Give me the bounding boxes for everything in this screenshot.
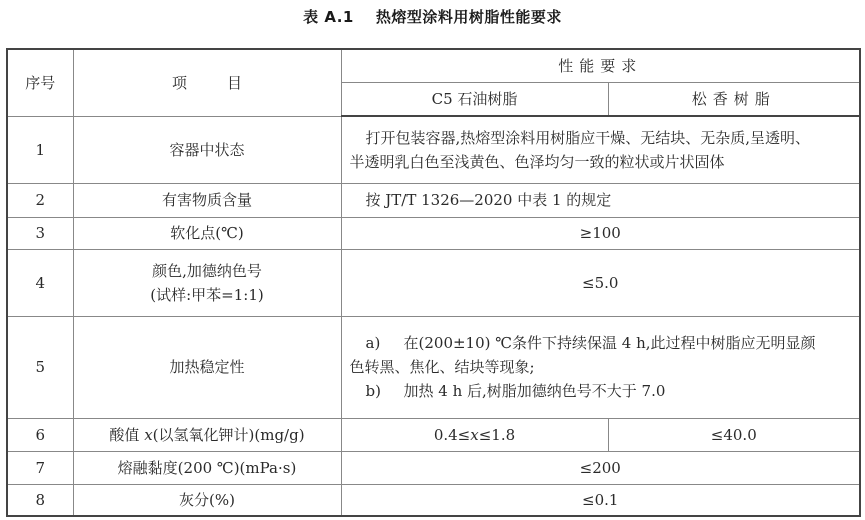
row-no: 2 [7,183,73,217]
row-item: 有害物质含量 [73,183,341,217]
header-no: 序号 [7,49,73,116]
table-caption: 热熔型涂料用树脂性能要求 [376,8,562,26]
resin-requirements-table: 序号 项目 性能要求 C5 石油树脂 松香树脂 1 容器中状态 打开包装容器,热… [6,48,861,517]
header-row-1: 序号 项目 性能要求 [7,49,860,82]
row-requirement: 打开包装容器,热熔型涂料用树脂应干燥、无结块、无杂质,呈透明、 半透明乳白色至浅… [341,116,860,183]
row-no: 3 [7,217,73,249]
requirement-b: b)加热 4 h 后,树脂加德纳色号不大于 7.0 [350,379,854,403]
row-no: 6 [7,418,73,451]
row-item: 颜色,加德纳色号 (试样:甲苯=1:1) [73,249,341,316]
table-row: 6 酸值 x(以氢氧化钾计)(mg/g) 0.4≤x≤1.8 ≤40.0 [7,418,860,451]
row-rosin-requirement: ≤40.0 [608,418,860,451]
row-no: 7 [7,451,73,484]
row-no: 1 [7,116,73,183]
table-row: 8 灰分(%) ≤0.1 [7,484,860,516]
row-item: 软化点(℃) [73,217,341,249]
header-requirement: 性能要求 [341,49,860,82]
header-item: 项目 [73,49,341,116]
table-row: 4 颜色,加德纳色号 (试样:甲苯=1:1) ≤5.0 [7,249,860,316]
row-c5-requirement: 0.4≤x≤1.8 [341,418,608,451]
header-rosin-resin: 松香树脂 [608,82,860,116]
row-requirement: ≤5.0 [341,249,860,316]
row-item: 灰分(%) [73,484,341,516]
row-no: 5 [7,316,73,418]
row-item: 熔融黏度(200 ℃)(mPa·s) [73,451,341,484]
row-requirement: ≤0.1 [341,484,860,516]
table-row: 1 容器中状态 打开包装容器,热熔型涂料用树脂应干燥、无结块、无杂质,呈透明、 … [7,116,860,183]
table-title: 表 A.1热熔型涂料用树脂性能要求 [0,6,865,27]
row-no: 8 [7,484,73,516]
row-requirement: ≤200 [341,451,860,484]
header-c5-resin: C5 石油树脂 [341,82,608,116]
row-requirement: ≥100 [341,217,860,249]
row-item: 加热稳定性 [73,316,341,418]
row-item: 容器中状态 [73,116,341,183]
requirement-a: a)在(200±10) ℃条件下持续保温 4 h,此过程中树脂应无明显颜 [350,331,854,355]
table-row: 5 加热稳定性 a)在(200±10) ℃条件下持续保温 4 h,此过程中树脂应… [7,316,860,418]
table-row: 2 有害物质含量 按 JT/T 1326—2020 中表 1 的规定 [7,183,860,217]
row-requirement: 按 JT/T 1326—2020 中表 1 的规定 [341,183,860,217]
row-requirement: a)在(200±10) ℃条件下持续保温 4 h,此过程中树脂应无明显颜 色转黑… [341,316,860,418]
table-row: 3 软化点(℃) ≥100 [7,217,860,249]
table-number: 表 A.1 [303,8,354,26]
table-row: 7 熔融黏度(200 ℃)(mPa·s) ≤200 [7,451,860,484]
row-item: 酸值 x(以氢氧化钾计)(mg/g) [73,418,341,451]
row-no: 4 [7,249,73,316]
